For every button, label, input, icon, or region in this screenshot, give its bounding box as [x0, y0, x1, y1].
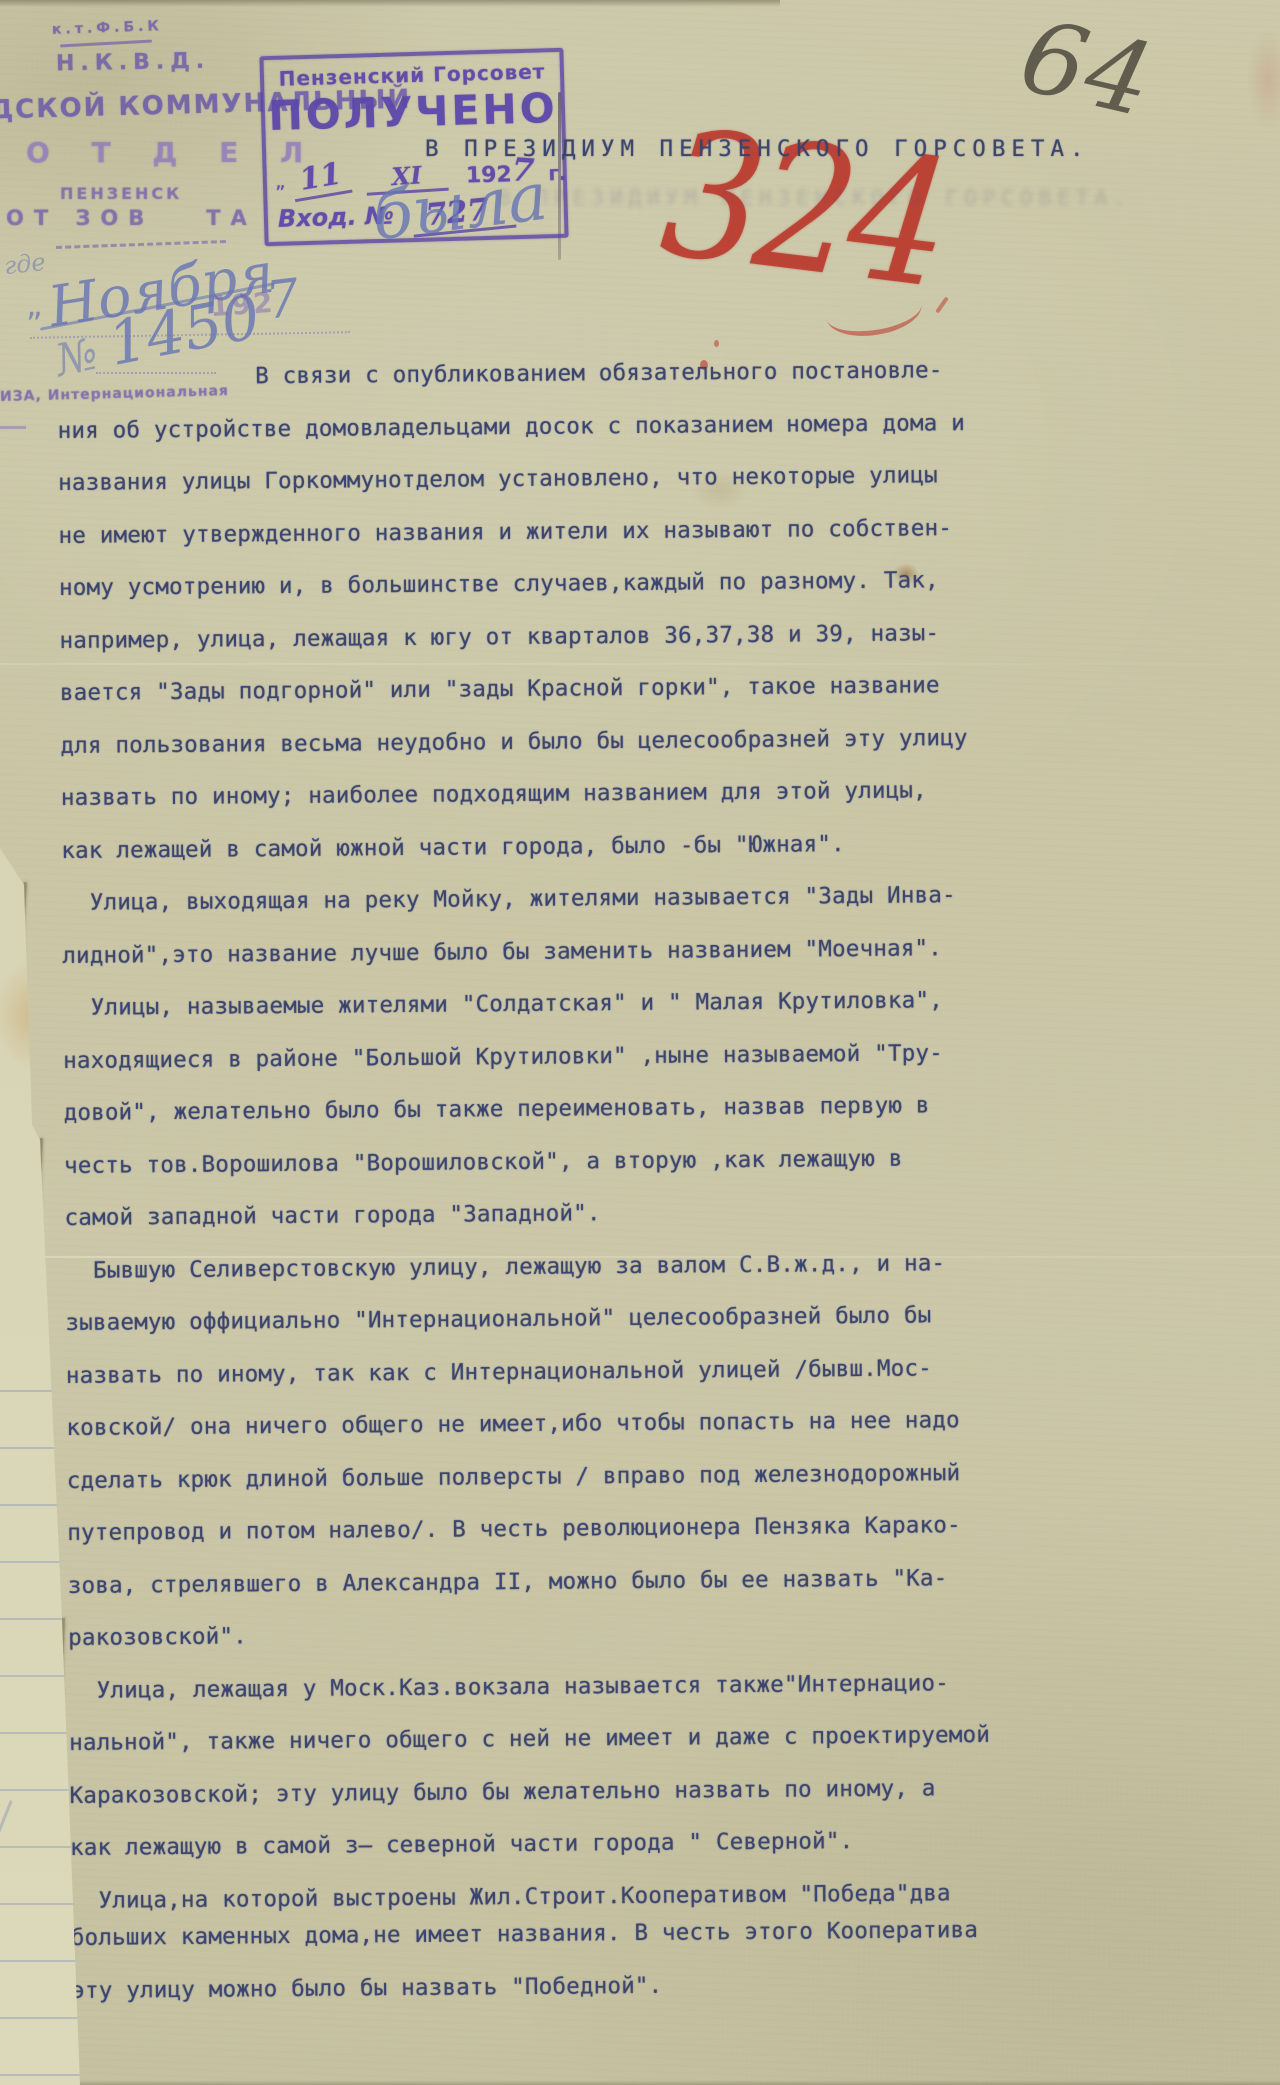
body-text: В связи с опубликованием обязательного п… — [57, 342, 1261, 2017]
pencil-folio-number: 64 — [1011, 0, 1165, 140]
body-line: эту улицу можно было бы назвать "Победно… — [71, 1954, 1261, 2017]
paper-sheet: к.т.Ф.Б.К Н.К.В.Д. ДСКОЙ КОММУНАЛЬНЫЙ О … — [0, 0, 1280, 2085]
heading-ink-ghost: В ПРЕЗИДИУМ ПЕНЗЕНСКОГО ГОРСОВЕТА. — [498, 186, 1132, 210]
document-heading: В ПРЕЗИДИУМ ПЕНЗЕНСКОГО ГОРСОВЕТА. — [425, 136, 1090, 162]
stamp-nkvd: Н.К.В.Д. — [56, 49, 211, 77]
paper-stain — [1248, 30, 1280, 130]
stamp-day-handwritten: 11 — [289, 155, 352, 202]
stamp-strike-line — [56, 240, 226, 249]
handwritten-year-digit: 7 — [262, 268, 302, 332]
stamp-underline — [60, 40, 152, 48]
stamp-penza: ПЕНЗЕНСК — [60, 184, 182, 203]
stamp-quote: „ — [275, 169, 286, 193]
stamp-received-title: ПОЛУЧЕНО — [264, 84, 561, 140]
handwritten-quote: „ — [26, 286, 43, 324]
bottom-edge-shadow — [0, 2080, 1280, 2085]
stamp-year-suffix: г. — [548, 161, 567, 185]
document-page: к.т.Ф.Б.К Н.К.В.Д. ДСКОЙ КОММУНАЛЬНЫЙ О … — [0, 0, 1280, 2085]
red-pencil-dot — [935, 296, 949, 313]
stamp-tiny-row: к.т.Ф.Б.К — [52, 18, 163, 38]
stamp-sovet-fragment: ОТ ЗОВ ТА — [6, 206, 257, 230]
handwritten-gde: где — [3, 248, 47, 280]
margin-dash — [0, 426, 26, 429]
